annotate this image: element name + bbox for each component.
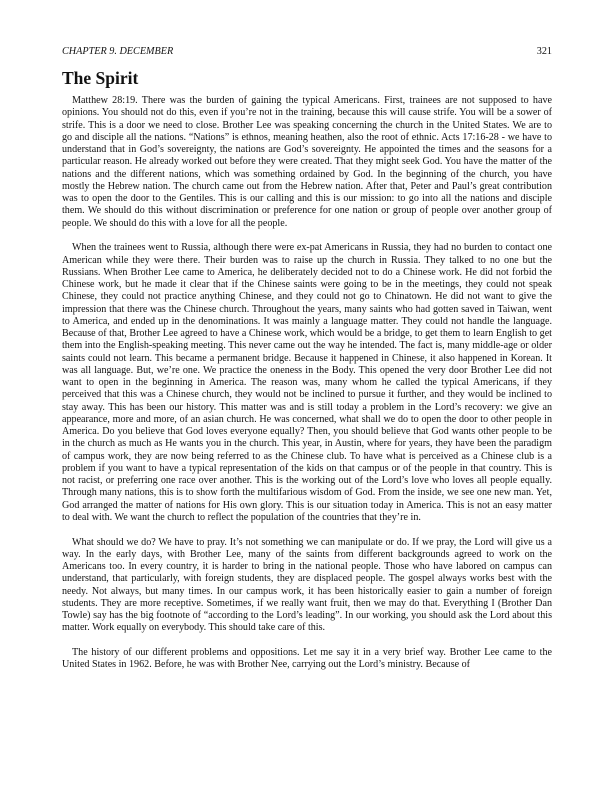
- paragraph: Matthew 28:19. There was the burden of g…: [62, 95, 552, 230]
- body-text: Matthew 28:19. There was the burden of g…: [62, 95, 552, 684]
- chapter-heading: CHAPTER 9. DECEMBER: [62, 46, 173, 57]
- running-header: CHAPTER 9. DECEMBER 321: [62, 46, 552, 57]
- page-number: 321: [537, 46, 552, 57]
- paragraph: The history of our different problems an…: [62, 647, 552, 672]
- paragraph: When the trainees went to Russia, althou…: [62, 242, 552, 524]
- paragraph: What should we do? We have to pray. It’s…: [62, 537, 552, 635]
- section-title: The Spirit: [62, 68, 138, 89]
